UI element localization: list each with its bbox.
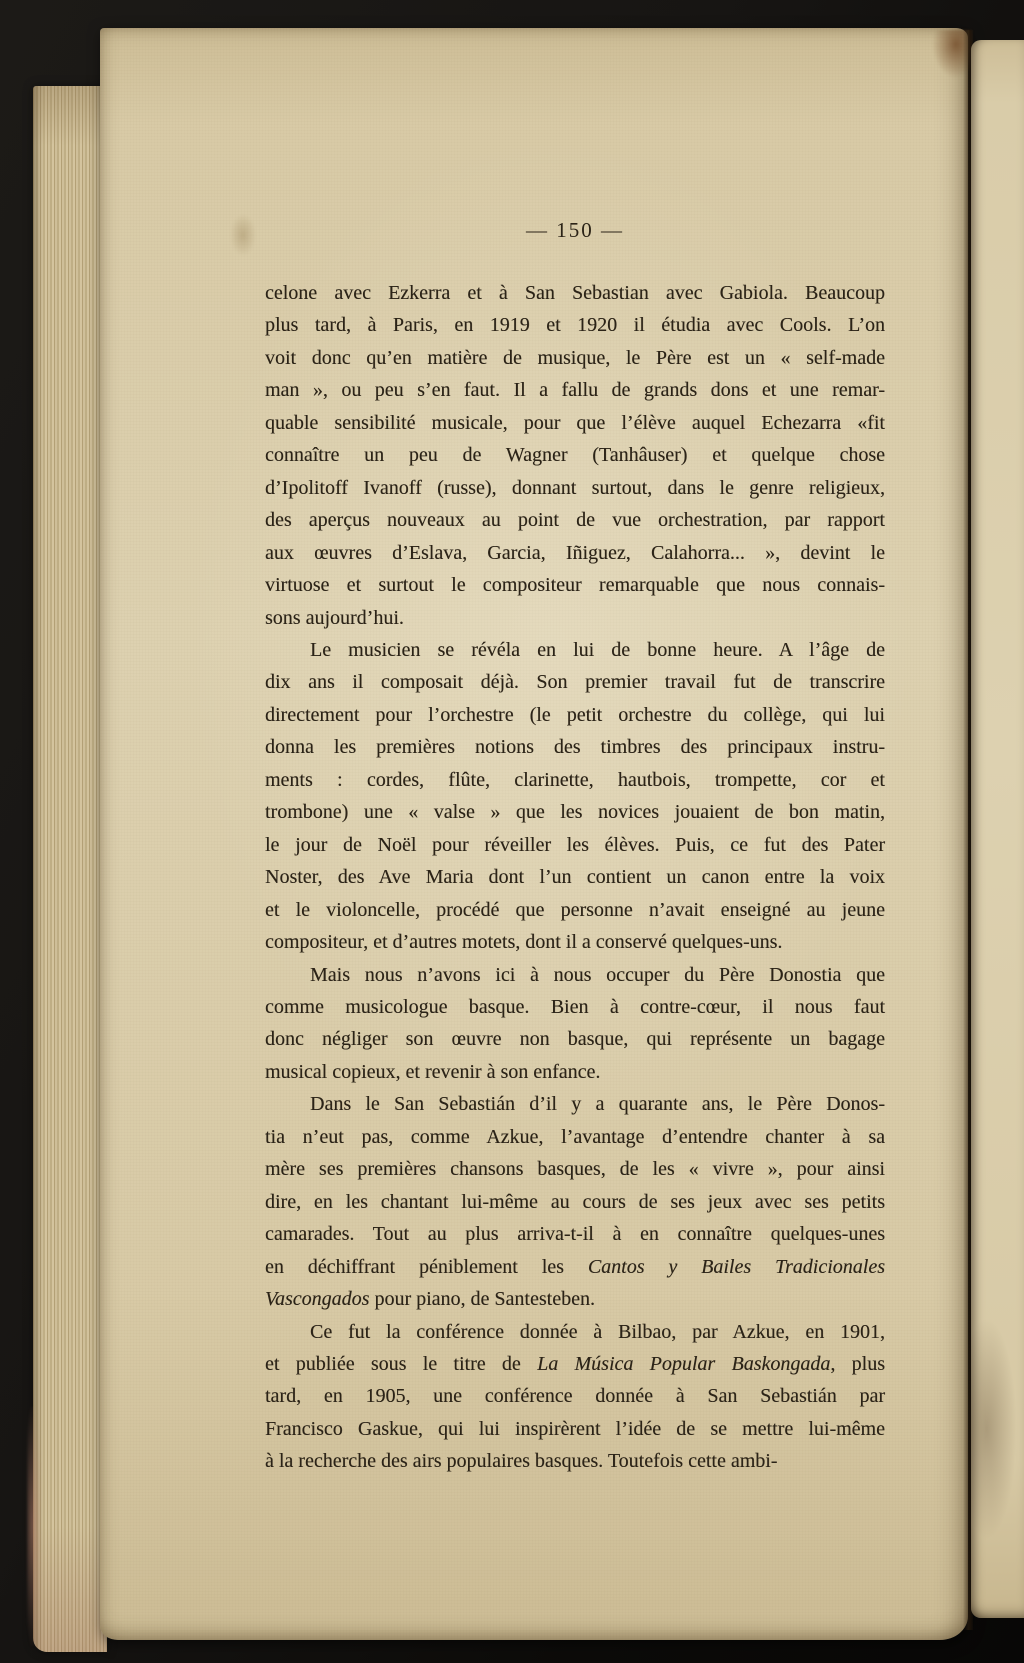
text-line: mère ses premières chansons basques, de … [265, 1153, 885, 1185]
text-block: celone avec Ezkerra et à San Sebastian a… [265, 277, 885, 1478]
text-line: camarades. Tout au plus arriva-t-il à en… [265, 1218, 885, 1250]
text-line: Mais nous n’avons ici à nous occuper du … [265, 959, 885, 991]
text-line: donc négliger son œuvre non basque, qui … [265, 1023, 885, 1055]
text-line: directement pour l’orchestre (le petit o… [265, 699, 885, 731]
text-line: ments : cordes, flûte, clarinette, hautb… [265, 764, 885, 796]
text-line: d’Ipolitoff Ivanoff (russe), donnant sur… [265, 472, 885, 504]
text-line: donna les premières notions des timbres … [265, 731, 885, 763]
text-line: virtuose et surtout le compositeur remar… [265, 569, 885, 601]
text-line: man », ou peu s’en faut. Il a fallu de g… [265, 374, 885, 406]
text-line: Noster, des Ave Maria dont l’un contient… [265, 861, 885, 893]
text-line: dire, en les chantant lui-même au cours … [265, 1186, 885, 1218]
text-line: sons aujourd’hui. [265, 602, 885, 634]
text-line: Vascongados pour piano, de Santesteben. [265, 1283, 885, 1315]
paragraph: Mais nous n’avons ici à nous occuper du … [265, 959, 885, 1089]
paragraph: Ce fut la conférence donnée à Bilbao, pa… [265, 1316, 885, 1478]
paragraph: celone avec Ezkerra et à San Sebastian a… [265, 277, 885, 634]
text-line: et le violoncelle, procédé que personne … [265, 894, 885, 926]
paper-smudge [230, 214, 256, 256]
paragraph: Dans le San Sebastián d’il y a quarante … [265, 1088, 885, 1315]
text-line: quable sensibilité musicale, pour que l’… [265, 407, 885, 439]
book-page: — 150 — celone avec Ezkerra et à San Seb… [100, 28, 968, 1640]
text-line: à la recherche des airs populaires basqu… [265, 1445, 885, 1477]
text-line: celone avec Ezkerra et à San Sebastian a… [265, 277, 885, 309]
text-line: comme musicologue basque. Bien à contre-… [265, 991, 885, 1023]
text-line: et publiée sous le titre de La Música Po… [265, 1348, 885, 1380]
text-line: compositeur, et d’autres motets, dont il… [265, 926, 885, 958]
page-edge-tint [27, 1406, 41, 1646]
text-line: musical copieux, et revenir à son enfanc… [265, 1056, 885, 1088]
text-line: des aperçus nouveaux au point de vue orc… [265, 504, 885, 536]
page-number: — 150 — [265, 218, 885, 243]
text-line: Le musicien se révéla en lui de bonne he… [265, 634, 885, 666]
text-line: tard, en 1905, une conférence donnée à S… [265, 1380, 885, 1412]
text-line: aux œuvres d’Eslava, Garcia, Iñiguez, Ca… [265, 537, 885, 569]
text-line: trombone) une « valse » que les novices … [265, 796, 885, 828]
text-line: tia n’eut pas, comme Azkue, l’avantage d… [265, 1121, 885, 1153]
text-line: le jour de Noël pour réveiller les élève… [265, 829, 885, 861]
text-line: connaître un peu de Wagner (Tanhâuser) e… [265, 439, 885, 471]
text-line: plus tard, à Paris, en 1919 et 1920 il é… [265, 309, 885, 341]
text-line: Francisco Gaskue, qui lui inspirèrent l’… [265, 1413, 885, 1445]
text-line: Dans le San Sebastián d’il y a quarante … [265, 1088, 885, 1120]
text-line: voit donc qu’en matière de musique, le P… [265, 342, 885, 374]
book-photo: — 150 — celone avec Ezkerra et à San Seb… [0, 0, 1024, 1663]
text-line: Ce fut la conférence donnée à Bilbao, pa… [265, 1316, 885, 1348]
facing-page-edge [971, 40, 1024, 1618]
text-line: en déchiffrant péniblement les Cantos y … [265, 1251, 885, 1283]
text-line: dix ans il composait déjà. Son premier t… [265, 666, 885, 698]
page-edge-stack [33, 86, 107, 1652]
paragraph: Le musicien se révéla en lui de bonne he… [265, 634, 885, 959]
